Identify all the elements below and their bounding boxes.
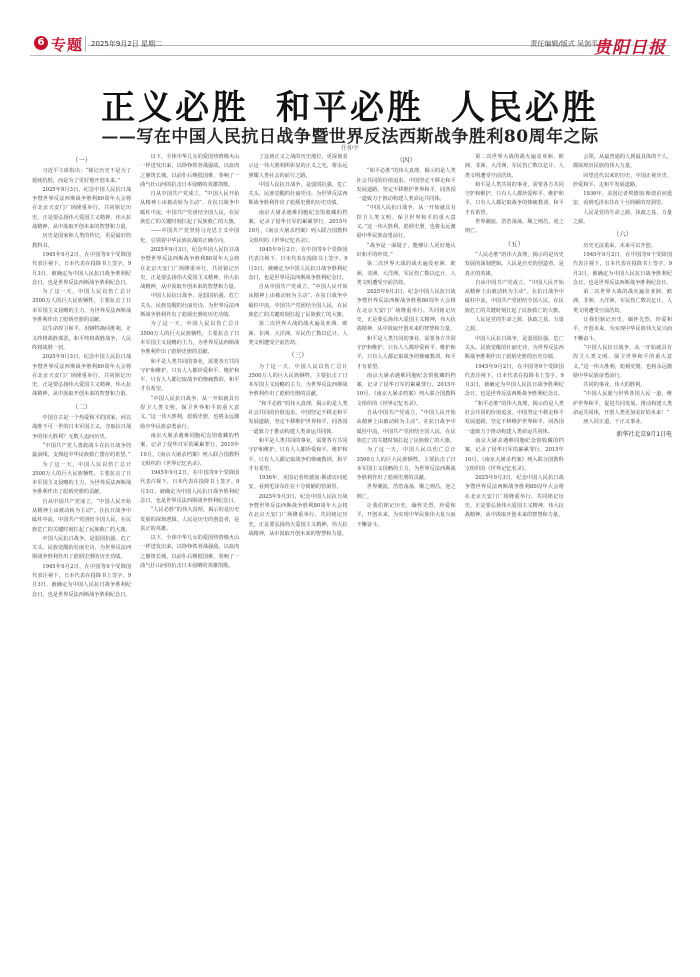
paragraph: 中国自古是一个热爱和平的国家，何以战胜不可一世的日本军国主义，夺取抗日战争的伟大…: [32, 414, 131, 442]
paragraph: 和平是人类共同的事业，需要各方共同守护和维护。只有人人都珍爱和平、维护和平，只有…: [248, 437, 347, 474]
paragraph: 了这场正义之战的历史地位，更深刻表示这一伟大胜利所彰显的正义之光，将永远照耀人类…: [248, 153, 347, 181]
paragraph: 和平是人类共同的事业，需要各方共同守护和维护。只有人人都珍爱和平、维护和平，只有…: [140, 358, 239, 395]
paragraph: 人民是党的生命之源、执政之基、力量之源。: [573, 209, 672, 228]
paragraph: 2025年9月3日，纪念中国人民抗日战争暨世界反法西斯战争胜利80周年大会将在北…: [248, 493, 347, 539]
column-4: （四） “和平必胜”的伟大真理，揭示的是人类社会共同的价值追求。中国坚定不移走和…: [357, 153, 456, 923]
paragraph: 2025年9月3日，纪念中国人民抗日战争暨世界反法西斯战争胜利80周年大会将在北…: [465, 474, 564, 520]
column-3: 了这场正义之战的历史地位，更深刻表示这一伟大胜利所彰显的正义之光，将永远照耀人类…: [248, 153, 347, 923]
paragraph: “人民必胜”的伟大真理，揭示的是历史发展的深刻逻辑。人民是历史的创造者，是真正的…: [140, 506, 239, 534]
paragraph: 历史是国家和人类的传记，更是最好的教科书。: [32, 232, 131, 251]
section-title: 专题: [51, 34, 83, 55]
paragraph: 为了这一天，中国人民以伤亡总计3500万人的巨大民族牺牲，主要抗击了日本军国主义…: [140, 320, 239, 357]
paragraph: 会领，从最普通的人到最具体的个人，都展现出民族的伟大力量。: [573, 153, 672, 172]
paragraph: 第二次世界大战的战火遍及亚洲、欧洲、非洲、大洋洲，军民伤亡数以亿计，人类文明遭受…: [465, 153, 564, 181]
paragraph: 让我们铭记历史，缅怀先烈，珍爱和平，开创未来，为实现中华民族伟大复兴而不懈奋斗。: [357, 502, 456, 530]
section-heading-2: （二）: [32, 403, 131, 412]
paragraph: 2025年9月3日，纪念中国人民抗日战争暨世界反法西斯战争胜利80周年大会将在北…: [32, 186, 131, 232]
paragraph: 1936年，美国记者埃德加·斯诺访问延安，看到毛泽东住在十分简陋的窑洞里。: [248, 474, 347, 493]
section-heading-4: （四）: [357, 156, 456, 165]
paragraph: 1945年9月2日，在中国等9个受降国代表注视下，日本代表在投降书上签字。9月3…: [32, 251, 131, 288]
paragraph: “人民必胜”的伟大真理，揭示的是历史发展的深刻逻辑。人民是历史的创造者，是真正的…: [465, 251, 564, 279]
paragraph: 1945年9月2日，在中国等9个受降国代表注视下，日本代表在投降书上签字。9月3…: [465, 363, 564, 400]
page-number-badge: 6: [34, 36, 48, 50]
paragraph: “中国共产党人勇敢战斗在抗日战争的最前线，支撑起中华民族救亡图存的希望。”: [32, 442, 131, 461]
paragraph: 2025年9月3日，纪念中国人民抗日战争暨世界反法西斯战争胜利80周年大会将在北…: [357, 288, 456, 334]
paragraph: 回望近代以来的历史，中国正视历史、珍爱和平，走和平发展道路。: [573, 172, 672, 191]
paragraph: 习近平主席指出：“铭记历史不是为了延续仇恨，而是为了更好地开创未来。”: [32, 167, 131, 186]
paragraph: 南京大屠杀遇难同胞纪念馆收藏的档案，记录了侵华日军的累累罪行。2015年10月，…: [357, 372, 456, 409]
paragraph: “中国人民抗日战争，从一开始就具有捍卫人类文明、保卫世界和平的重大意义。”这一伟…: [140, 395, 239, 432]
paragraph: 为了这一天，中国人民以伤亡总计3500万人的巨大民族牺牲，主要抗击了日本军国主义…: [32, 288, 131, 325]
paragraph: “中国人民愿与世界各国人民一道，维护世界和平，促进共同发展，推动构建人类命运共同…: [573, 390, 672, 418]
paragraph: 庚人同正道，干正义事业。: [573, 418, 672, 427]
paragraph: 历史无法重来，未来可以开创。: [573, 242, 672, 251]
paragraph: 中国人民抗日战争，是弱国抗强、危亡关头、民族觉醒的壮丽史诗，为世界反法西斯战争胜…: [465, 335, 564, 363]
paragraph: 为了这一天，中国人民以伤亡总计3500万人的巨大民族牺牲，主要抗击了日本军国主义…: [248, 363, 347, 400]
paragraph: 1945年9月2日，在中国等9个受降国代表注视下，日本代表在投降书上签字。9月3…: [573, 251, 672, 288]
newspaper-logo: 贵阳日报: [594, 33, 666, 58]
paragraph: “和平必胜”的伟大真理，揭示的是人类社会共同的价值追求。中国坚定不移走和平发展道…: [248, 400, 347, 437]
section-heading-5: （五）: [465, 240, 564, 249]
paragraph: 自从中国共产党成立，“中国人民开始从精神上由被动转为主动”。在抗日战争中砥柱中流…: [465, 279, 564, 316]
article-dateline: 新华社北京9月1日电: [573, 430, 672, 439]
paragraph: 1945年9月2日，在中国等9个受降国代表注视下，日本代表在投降书上签字。9月3…: [140, 469, 239, 506]
masthead-rule-bottom: [30, 55, 670, 56]
column-1: （一） 习近平主席指出：“铭记历史不是为了延续仇恨，而是为了更好地开创未来。” …: [32, 153, 131, 923]
column-6: 会领，从最普通的人到最具体的个人，都展现出民族的伟大力量。 回望近代以来的历史，…: [573, 153, 672, 923]
paragraph: 世界潮流，浩浩荡荡，顺之则昌，逆之则亡。: [357, 483, 456, 502]
section-heading-6: （六）: [573, 230, 672, 239]
issue-date: 2025年9月2日 星期二: [91, 39, 162, 49]
masthead-divider: [85, 36, 86, 52]
paragraph: 为了这一天，中国人民以伤亡总计3500万人的巨大民族牺牲，主要抗击了日本军国主义…: [357, 446, 456, 483]
paragraph: “战争是一面镜子，能够让人更好地认识和平的珍贵。”: [357, 242, 456, 261]
paragraph: 让我们铭记历史，缅怀先烈，珍爱和平，开创未来，为实现中华民族伟大复兴而不懈奋斗。: [573, 316, 672, 344]
paragraph: 南京大屠杀遇难同胞纪念馆收藏的档案，记录了侵华日军的累累罪行。2015年10月，…: [248, 209, 347, 246]
section-heading-3: （三）: [248, 351, 347, 360]
page-masthead: 6 专题 2025年9月2日 星期二 责任编辑/版式 吴剑平 贵阳日报: [30, 33, 670, 59]
paragraph: “和平必胜”的伟大真理，揭示的是人类社会共同的价值追求。中国坚定不移走和平发展道…: [465, 400, 564, 437]
paragraph: 共同的事业，伟大的胜利。: [573, 381, 672, 390]
section-heading-1: （一）: [32, 156, 131, 165]
paragraph: 以下，全体中华儿女的爱国热情像火山一样迸发出来，以铮铮铁骨战强敌，以血肉之躯筑长…: [140, 153, 239, 190]
paragraph: 中国人民抗日战争，是弱国抗强、危亡关头、民族觉醒的壮丽史诗，为世界反法西斯战争胜…: [32, 535, 131, 563]
paragraph: 和平是人类共同的事业，需要各方共同守护和维护。只有人人都珍爱和平、维护和平，只有…: [465, 181, 564, 218]
paragraph: 第二次世界大战的战火遍及亚洲、欧洲、非洲、大洋洲，军民伤亡数以亿计，人类文明遭受…: [248, 320, 347, 348]
article-body: （一） 习近平主席指出：“铭记历史不是为了延续仇恨，而是为了更好地开创未来。” …: [32, 153, 672, 923]
paragraph: 以下，全体中华儿女的爱国热情像火山一样迸发出来，以铮铮铁骨战强敌，以血肉之躯筑长…: [140, 534, 239, 571]
article-author: 任仲平: [0, 143, 700, 152]
column-2: 以下，全体中华儿女的爱国热情像火山一样迸发出来，以铮铮铁骨战强敌，以血肉之躯筑长…: [140, 153, 239, 923]
paragraph: 以生命捍卫和平，用牺牲换回胜利，正义终将战胜邪恶，和平终将战胜战争，人民终将战胜…: [32, 325, 131, 353]
paragraph: 人民是党的生命之源、执政之基、力量之源。: [465, 316, 564, 335]
paragraph: 第二次世界大战的战火遍及亚洲、欧洲、非洲、大洋洲，军民伤亡数以亿计，人类文明遭受…: [357, 260, 456, 288]
paragraph: “中国人民抗日战争，从一开始就具有捍卫人类文明、保卫世界和平的重大意义。”这一伟…: [573, 344, 672, 381]
paragraph: 1936年，美国记者埃德加·斯诺访问延安，看到毛泽东住在十分简陋的窑洞里。: [573, 190, 672, 209]
paragraph: 自从中国共产党成立，“中国人民开始从精神上由被动转为主动”。在抗日战争中砥柱中流…: [32, 498, 131, 535]
paragraph: 中国人民抗日战争，是弱国抗强、危亡关头、民族觉醒的壮丽史诗，为世界反法西斯战争胜…: [140, 292, 239, 320]
paragraph: 1945年9月2日，在中国等9个受降国代表注视下，日本代表在投降书上签字。9月3…: [248, 246, 347, 283]
paragraph: 世界潮流，浩浩荡荡，顺之则昌，逆之则亡。: [465, 218, 564, 237]
paragraph: 自从中国共产党成立，“中国人民开始从精神上由被动转为主动”。在抗日战争中砥柱中流…: [140, 190, 239, 227]
paragraph: 为了这一天，中国人民以伤亡总计3500万人的巨大民族牺牲，主要抗击了日本军国主义…: [32, 461, 131, 498]
paragraph: “和平必胜”的伟大真理，揭示的是人类社会共同的价值追求。中国坚定不移走和平发展道…: [357, 167, 456, 204]
paragraph: 和平是人类共同的事业，需要各方共同守护和维护。只有人人都珍爱和平、维护和平，只有…: [357, 335, 456, 372]
paragraph: ——中国共产党坚持马克思主义中国化，引领着中华民族抗战的正确方向。: [140, 227, 239, 246]
paragraph: 2025年9月3日，纪念中国人民抗日战争暨世界反法西斯战争胜利80周年大会将在北…: [140, 246, 239, 292]
paragraph: 2025年9月3日，纪念中国人民抗日战争暨世界反法西斯战争胜利80周年大会将在北…: [32, 353, 131, 399]
paragraph: 1945年9月2日，在中国等9个受降国代表注视下，日本代表在投降书上签字。9月3…: [32, 563, 131, 600]
paragraph: “中国人民抗日战争，从一开始就具有捍卫人类文明、保卫世界和平的重大意义。”这一伟…: [357, 204, 456, 241]
paragraph: 南京大屠杀遇难同胞纪念馆收藏的档案，记录了侵华日军的累累罪行。2015年10月，…: [140, 432, 239, 469]
paragraph: 中国人民抗日战争，是弱国抗强、危亡关头、民族觉醒的壮丽史诗，为世界反法西斯战争胜…: [248, 181, 347, 209]
paragraph: 自从中国共产党成立，“中国人民开始从精神上由被动转为主动”。在抗日战争中砥柱中流…: [357, 409, 456, 446]
column-5: 第二次世界大战的战火遍及亚洲、欧洲、非洲、大洋洲，军民伤亡数以亿计，人类文明遭受…: [465, 153, 564, 923]
paragraph: 南京大屠杀遇难同胞纪念馆收藏的档案，记录了侵华日军的累累罪行。2015年10月，…: [465, 437, 564, 474]
paragraph: 第二次世界大战的战火遍及亚洲、欧洲、非洲、大洋洲，军民伤亡数以亿计，人类文明遭受…: [573, 288, 672, 316]
paragraph: 自从中国共产党成立，“中国人民开始从精神上由被动转为主动”。在抗日战争中砥柱中流…: [248, 283, 347, 320]
editor-credit: 责任编辑/版式 吴剑平: [530, 39, 598, 49]
